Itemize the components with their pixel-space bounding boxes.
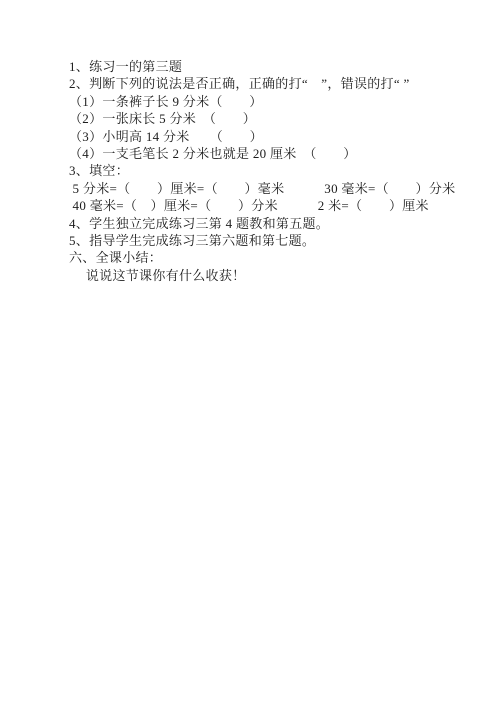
text-line: 40 毫米=（ ）厘米=（ ）分米 2 米=（ ）厘米	[69, 197, 480, 214]
text-line: （1）一条裤子长 9 分米（ ）	[69, 93, 480, 110]
text-line: （2）一张床长 5 分米 （ ）	[69, 110, 480, 127]
text-line: 2、判断下列的说法是否正确，正确的打“ ”，错误的打“ ”	[69, 75, 480, 92]
text-line: 说说这节课你有什么收获！	[69, 267, 480, 284]
text-line: 4、学生独立完成练习三第 4 题教和第五题。	[69, 215, 480, 232]
text-line: （3）小明高 14 分米 （ ）	[69, 128, 480, 145]
text-line: 5、指导学生完成练习三第六题和第七题。	[69, 232, 480, 249]
text-line: （4）一支毛笔长 2 分米也就是 20 厘米 （ ）	[69, 145, 480, 162]
text-line: 3、填空：	[69, 162, 480, 179]
text-line: 六、全课小结：	[69, 249, 480, 266]
text-line: 1、练习一的第三题	[69, 58, 480, 75]
text-line: 5 分米=（ ）厘米=（ ）毫米 30 毫米=（ ）分米	[69, 180, 480, 197]
document-body: 1、练习一的第三题2、判断下列的说法是否正确，正确的打“ ”，错误的打“ ”（1…	[69, 58, 480, 284]
document-page: 1、练习一的第三题2、判断下列的说法是否正确，正确的打“ ”，错误的打“ ”（1…	[0, 0, 500, 708]
